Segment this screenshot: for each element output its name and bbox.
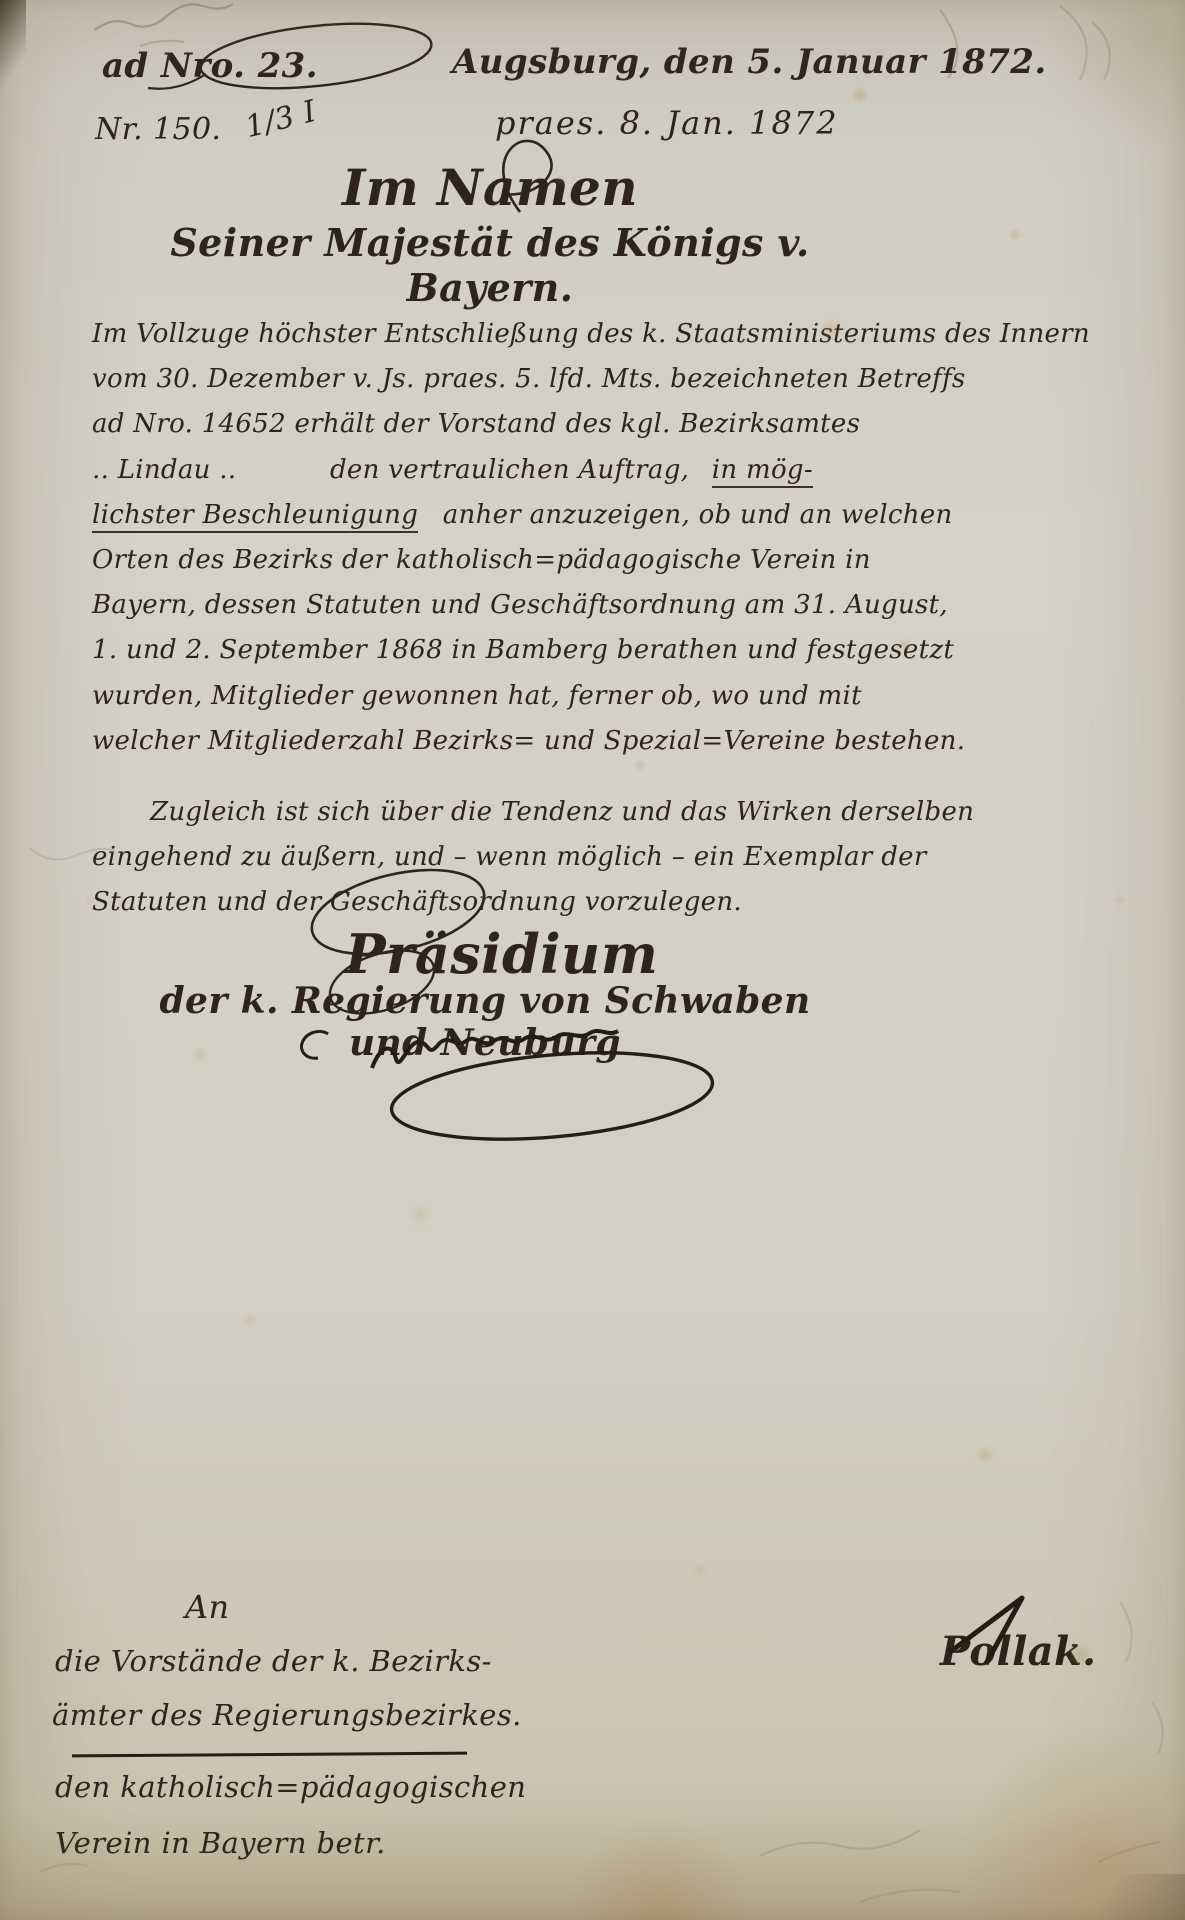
body-line: ad Nro. 14652 erhält der Vorstand des kg… bbox=[92, 402, 942, 447]
body-line-beschleunigung: lichster Beschleunigung anher anzuzeigen… bbox=[92, 493, 942, 538]
closing-praesidium: Präsidium bbox=[345, 922, 658, 986]
heading-majestaet: Seiner Majestät des Königs v. Bayern. bbox=[90, 220, 890, 310]
body-line: Orten des Bezirks der katholisch=pädagog… bbox=[92, 538, 942, 583]
reference-number: ad Nro. 23. bbox=[102, 46, 318, 86]
body-line: 1. und 2. September 1868 in Bamberg bera… bbox=[92, 628, 942, 673]
address-line: die Vorstände der k. Bezirks- bbox=[55, 1644, 492, 1678]
body-line-lindau: .. Lindau .. den vertraulichen Auftrag, … bbox=[92, 448, 942, 493]
underlined-phrase: lichster Beschleunigung bbox=[92, 500, 418, 533]
body-line: Statuten und der Geschäftsordnung vorzul… bbox=[92, 880, 942, 925]
address-line: ämter des Regierungsbezirkes. bbox=[52, 1698, 522, 1732]
letter-body: Im Vollzuge höchster Entschließung des k… bbox=[92, 312, 942, 925]
closing-authority: der k. Regierung von Schwaben und Neubur… bbox=[130, 980, 840, 1064]
addressee-placename: .. Lindau .. bbox=[92, 455, 236, 485]
registry-number: Nr. 150. bbox=[95, 112, 221, 147]
scan-edge-shadow-bottomright bbox=[1075, 1874, 1185, 1920]
registry-mark: 1/3 I bbox=[242, 94, 320, 145]
address-line: Verein in Bayern betr. bbox=[55, 1826, 386, 1860]
body-line: Bayern, dessen Statuten und Geschäftsord… bbox=[92, 583, 942, 628]
body-text: den vertraulichen Auftrag, bbox=[330, 455, 689, 485]
body-line: welcher Mitgliederzahl Bezirks= und Spez… bbox=[92, 719, 942, 764]
body-line: Im Vollzuge höchster Entschließung des k… bbox=[92, 312, 942, 357]
second-paragraph: Zugleich ist sich über die Tendenz und d… bbox=[92, 790, 942, 926]
heading-im-namen: Im Namen bbox=[280, 158, 700, 217]
scan-edge-shadow-topleft bbox=[0, 0, 26, 92]
body-line: vom 30. Dezember v. Js. praes. 5. lfd. M… bbox=[92, 357, 942, 402]
address-underline bbox=[72, 1752, 467, 1758]
body-line: eingehend zu äußern, und – wenn möglich … bbox=[92, 835, 942, 880]
body-line: Zugleich ist sich über die Tendenz und d… bbox=[92, 790, 942, 835]
place-and-date: Augsburg, den 5. Januar 1872. bbox=[452, 42, 1047, 82]
document-page: ad Nro. 23. Augsburg, den 5. Januar 1872… bbox=[0, 0, 1185, 1920]
address-salutation: An bbox=[185, 1588, 230, 1626]
address-line: den katholisch=pädagogischen bbox=[55, 1770, 526, 1804]
countersignature-pollak: Pollak. bbox=[940, 1628, 1096, 1675]
body-text: anher anzuzeigen, ob und an welchen bbox=[443, 500, 953, 530]
underlined-phrase: in mög- bbox=[712, 455, 813, 488]
praesentatum-note: praes. 8. Jan. 1872 bbox=[495, 104, 839, 142]
body-line: wurden, Mitglieder gewonnen hat, ferner … bbox=[92, 674, 942, 719]
